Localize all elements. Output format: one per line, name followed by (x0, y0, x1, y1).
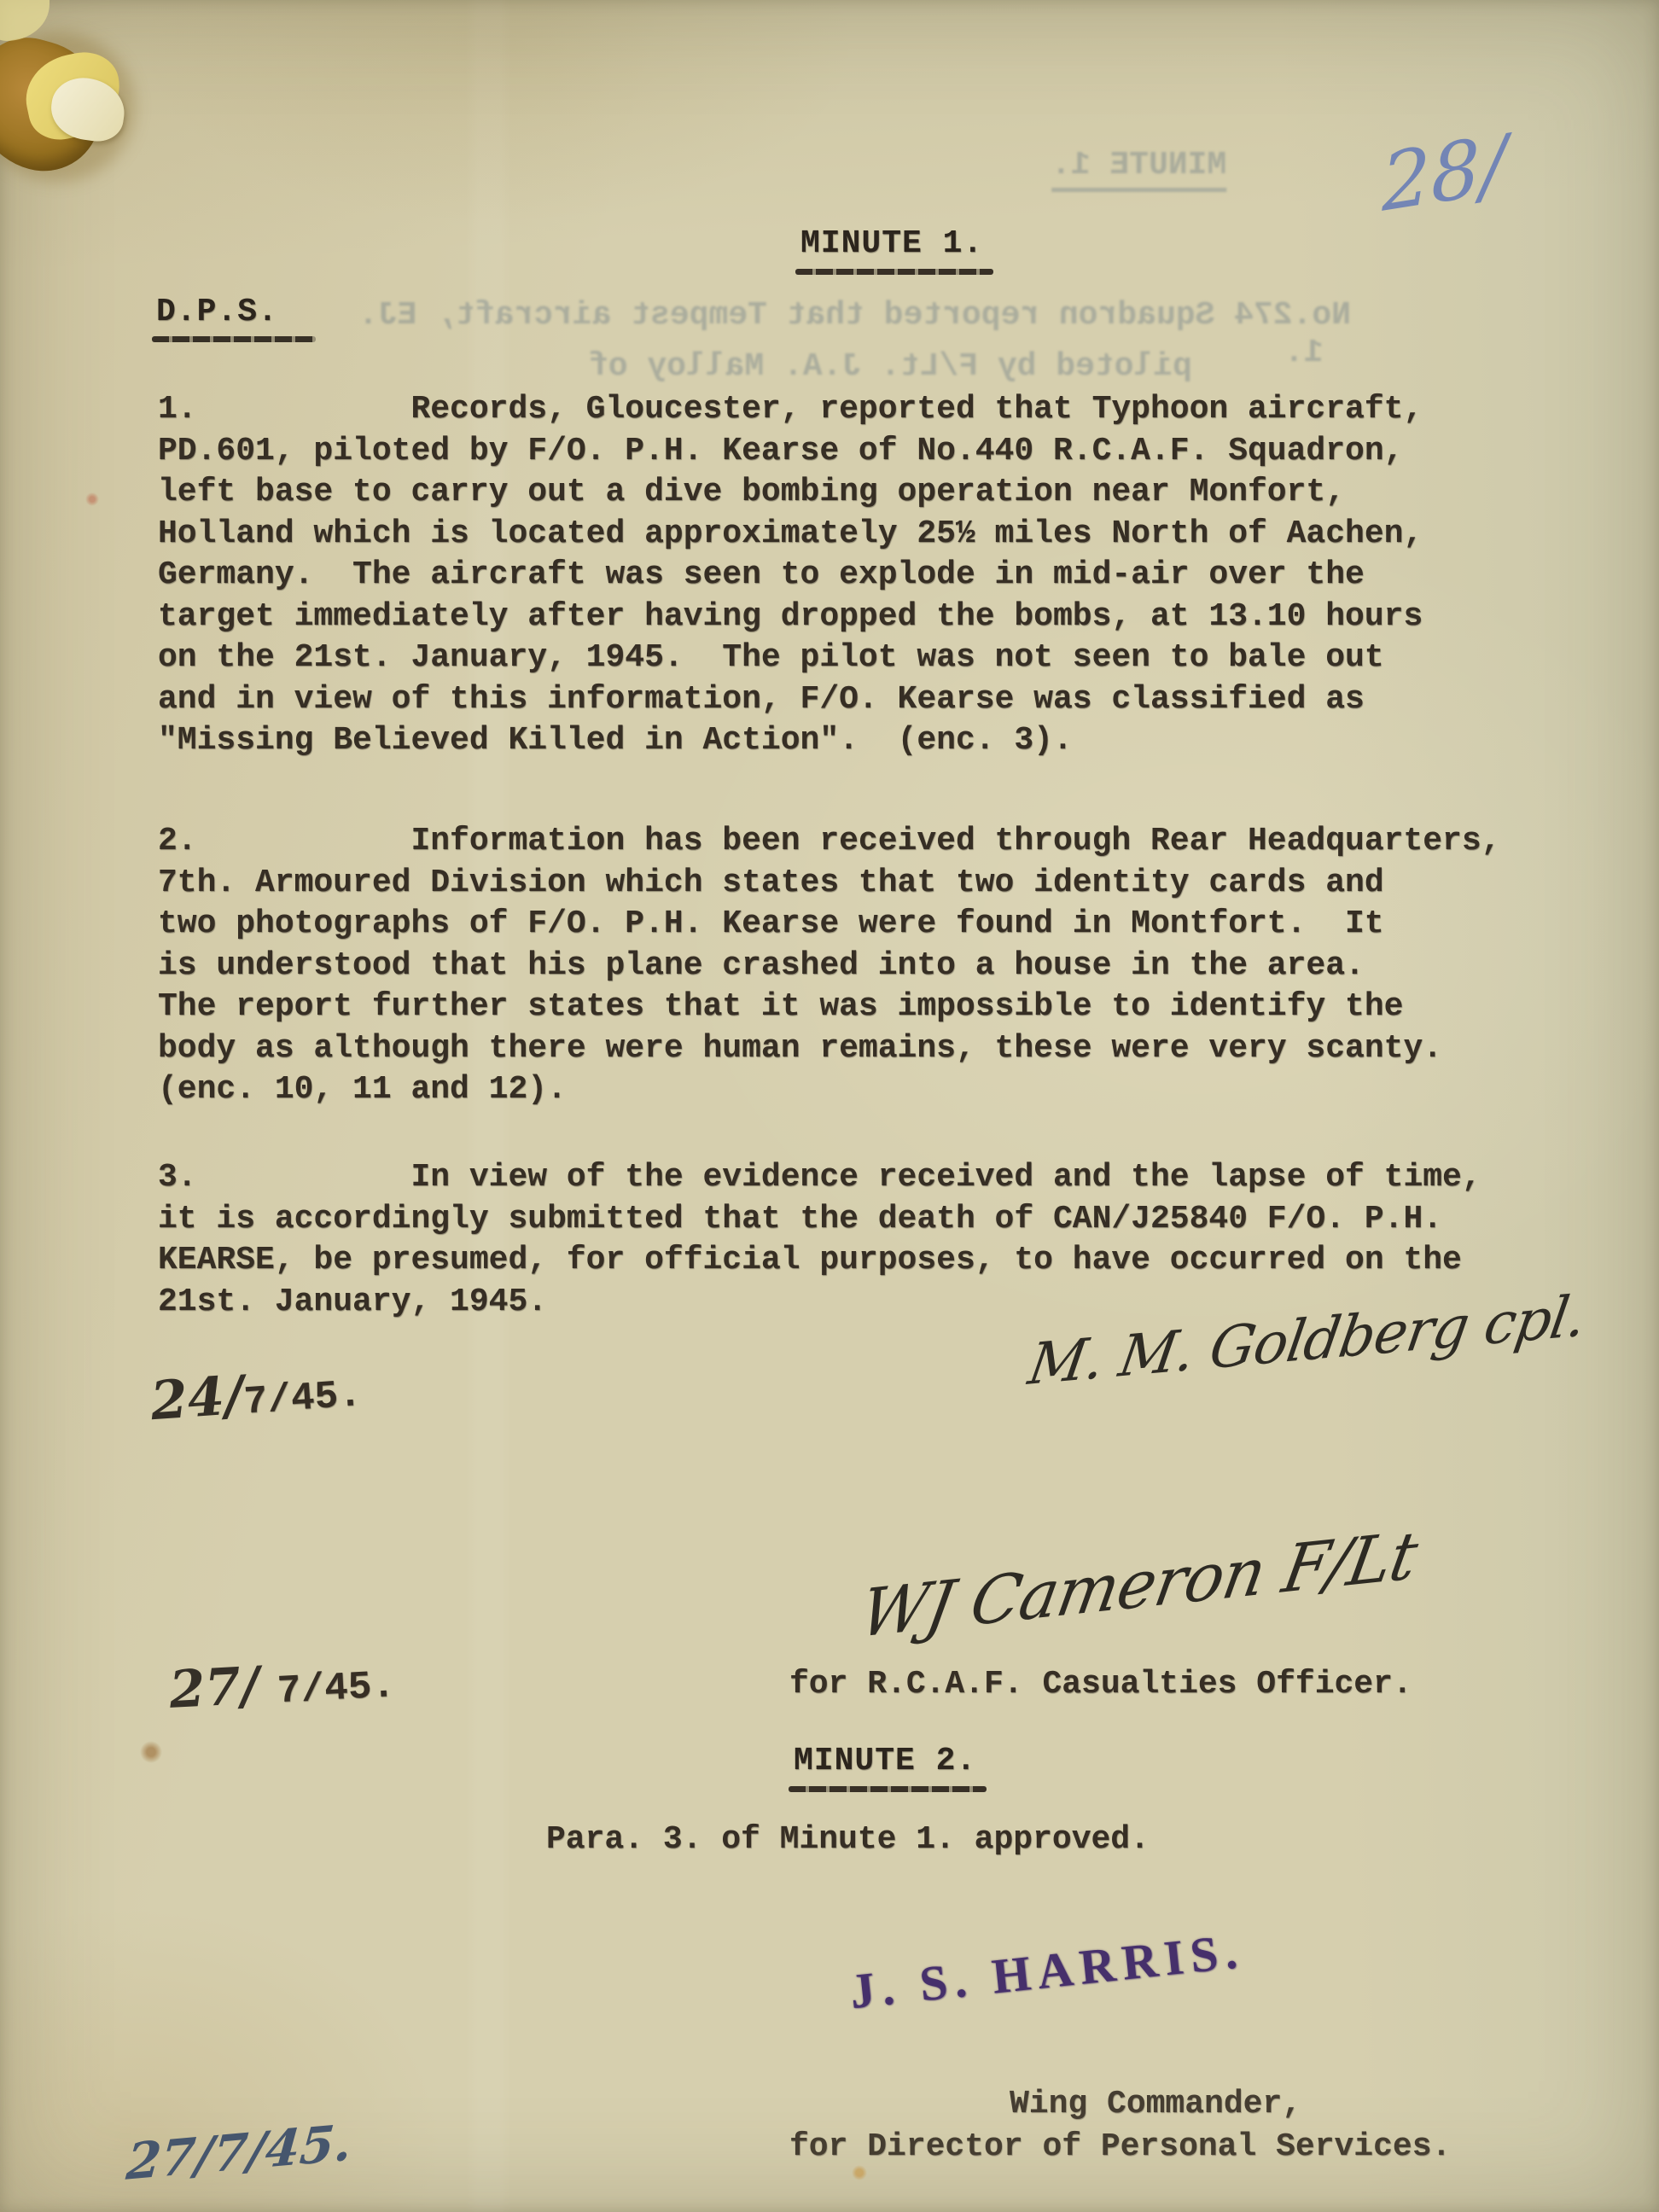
minute2-heading-underline (789, 1786, 987, 1792)
minute1-heading: MINUTE 1. (800, 224, 983, 265)
minute1-paragraph-2: 2. Information has been received through… (158, 821, 1500, 1111)
bleedthrough-line-2: piloted by F/Lt. J.A. Malloy of (589, 348, 1192, 385)
bleedthrough-line-1: No.274 Squadron reported that Tempest ai… (358, 297, 1351, 334)
minute1-paragraph-1: 1. Records, Gloucester, reported that Ty… (158, 389, 1423, 762)
clerk-date-day: 24/ (148, 1364, 246, 1432)
harris-name-stamp: J. S. HARRIS. (847, 1922, 1247, 2020)
clerk-date: 24/7/45. (115, 1340, 364, 1450)
officer-date-typed: 7/45. (276, 1663, 397, 1714)
officer-signature: WJ Cameron F/Lt (855, 1516, 1423, 1652)
minute1-heading-underline (795, 269, 993, 275)
dps-heading-underline (152, 336, 316, 342)
clerk-date-typed: 7/45. (242, 1372, 363, 1425)
officer-date: 27/ 7/45. (134, 1633, 397, 1738)
dps-heading: D.P.S. (156, 292, 278, 334)
signoff-rank: Wing Commander, (1010, 2084, 1301, 2126)
minute2-body: Para. 3. of Minute 1. approved. (546, 1819, 1150, 1861)
bleedthrough-paragraph-number: 1. (1284, 335, 1324, 371)
minute1-paragraph-3: 3. In view of the evidence received and … (158, 1157, 1481, 1323)
signoff-title: for Director of Personal Services. (789, 2127, 1451, 2168)
officer-title: for R.C.A.F. Casualties Officer. (789, 1664, 1412, 1706)
document-page: MINUTE 1. No.274 Squadron reported that … (0, 0, 1659, 2212)
minute2-heading: MINUTE 2. (794, 1741, 976, 1783)
folio-number: 28/ (1381, 118, 1507, 230)
minute2-date: 27/7/45. (124, 2113, 353, 2192)
officer-date-day: 27/ (168, 1655, 279, 1720)
bleedthrough-minute-heading: MINUTE 1. (1051, 147, 1226, 192)
